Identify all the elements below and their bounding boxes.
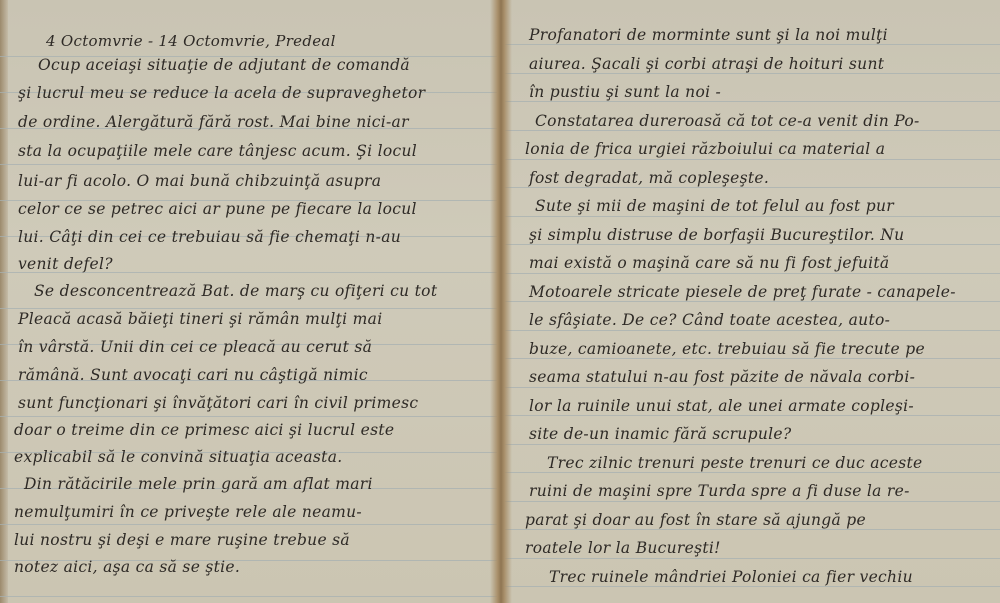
ruled-line xyxy=(0,416,497,417)
text-line: Din rătăcirile mele prin gară am aflat m… xyxy=(24,475,373,493)
text-line: Se desconcentrează Bat. de marş cu ofiţe… xyxy=(34,282,437,300)
text-line: lui nostru şi deşi e mare ruşine trebue … xyxy=(14,531,350,549)
text-line: parat şi doar au fost în stare să ajungă… xyxy=(525,511,866,529)
ruled-line xyxy=(503,159,1000,160)
ruled-line xyxy=(503,387,1000,388)
ruled-line xyxy=(503,301,1000,302)
right-page: Profanatori de morminte sunt şi la noi m… xyxy=(503,0,1000,603)
text-line: Motoarele stricate piesele de preţ furat… xyxy=(529,283,956,301)
ruled-line xyxy=(0,164,497,165)
text-line: venit defel? xyxy=(18,255,113,273)
text-line: fost degradat, mă copleşeşte. xyxy=(529,169,769,187)
text-line: şi lucrul meu se reduce la acela de supr… xyxy=(18,84,425,102)
text-line: rămână. Sunt avocaţi cari nu câştigă nim… xyxy=(18,366,368,384)
text-line: aiurea. Şacali şi corbi atraşi de hoitur… xyxy=(529,55,884,73)
ruled-line xyxy=(503,558,1000,559)
text-line: lui. Câţi din cei ce trebuiau să fie che… xyxy=(18,228,401,246)
text-line: notez aici, aşa ca să se ştie. xyxy=(14,558,240,576)
text-line: celor ce se petrec aici ar pune pe fieca… xyxy=(18,200,417,218)
text-line: nemulţumiri în ce priveşte rele ale neam… xyxy=(14,503,362,521)
ruled-line xyxy=(503,330,1000,331)
ruled-line xyxy=(503,73,1000,74)
ruled-line xyxy=(0,596,497,597)
ruled-line xyxy=(503,187,1000,188)
ruled-line xyxy=(503,444,1000,445)
text-line: buze, camioanete, etc. trebuiau să fie t… xyxy=(529,340,925,358)
text-line: Trec zilnic trenuri peste trenuri ce duc… xyxy=(547,454,923,472)
ruled-line xyxy=(503,415,1000,416)
text-line: Pleacă acasă băieţi tineri şi rămân mulţ… xyxy=(18,310,382,328)
text-line: le sfâşiate. De ce? Când toate acestea, … xyxy=(529,311,890,329)
text-line: ruini de maşini spre Turda spre a fi dus… xyxy=(529,482,910,500)
notebook-spread: 4 Octomvrie - 14 Octomvrie, Predeal Ocup… xyxy=(0,0,1000,603)
text-line: site de-un inamic fără scrupule? xyxy=(529,425,791,443)
ruled-line xyxy=(503,44,1000,45)
ruled-line xyxy=(0,308,497,309)
ruled-line xyxy=(503,216,1000,217)
ruled-line xyxy=(503,501,1000,502)
text-line: explicabil să le convină situaţia aceast… xyxy=(14,448,342,466)
left-page: 4 Octomvrie - 14 Octomvrie, Predeal Ocup… xyxy=(0,0,497,603)
text-line: Constatarea dureroasă că tot ce-a venit … xyxy=(535,112,920,130)
ruled-line xyxy=(503,273,1000,274)
text-line: Trec ruinele mândriei Poloniei ca fier v… xyxy=(549,568,913,586)
text-line: doar o treime din ce primesc aici şi luc… xyxy=(14,421,394,439)
text-line: mai există o maşină care să nu fi fost j… xyxy=(529,254,889,272)
ruled-line xyxy=(503,101,1000,102)
ruled-line xyxy=(503,358,1000,359)
text-line: în vârstă. Unii din cei ce pleacă au cer… xyxy=(18,338,372,356)
ruled-line xyxy=(0,524,497,525)
text-line: lui-ar fi acolo. O mai bună chibzuinţă a… xyxy=(18,172,381,190)
entry-heading: 4 Octomvrie - 14 Octomvrie, Predeal xyxy=(46,32,336,50)
notebook-binding-gutter xyxy=(490,0,512,603)
ruled-line xyxy=(503,529,1000,530)
text-line: sta la ocupaţiile mele care tânjesc acum… xyxy=(18,142,417,160)
text-line: Profanatori de morminte sunt şi la noi m… xyxy=(529,26,888,44)
text-line: în pustiu şi sunt la noi - xyxy=(529,83,721,101)
ruled-line xyxy=(503,472,1000,473)
ruled-line xyxy=(503,130,1000,131)
ruled-line xyxy=(503,244,1000,245)
text-line: Sute şi mii de maşini de tot felul au fo… xyxy=(535,197,894,215)
text-line: şi simplu distruse de borfaşii Bucureşti… xyxy=(529,226,904,244)
text-line: Ocup aceiaşi situaţie de adjutant de com… xyxy=(38,56,410,74)
text-line: lonia de frica urgiei războiului ca mate… xyxy=(525,140,885,158)
ruled-line xyxy=(503,586,1000,587)
text-line: de ordine. Alergătură fără rost. Mai bin… xyxy=(18,113,409,131)
text-line: seama statului n-au fost păzite de năval… xyxy=(529,368,915,386)
text-line: roatele lor la Bucureşti! xyxy=(525,539,721,557)
text-line: sunt funcţionari şi învăţători cari în c… xyxy=(18,394,418,412)
text-line: lor la ruinile unui stat, ale unei armat… xyxy=(529,397,914,415)
